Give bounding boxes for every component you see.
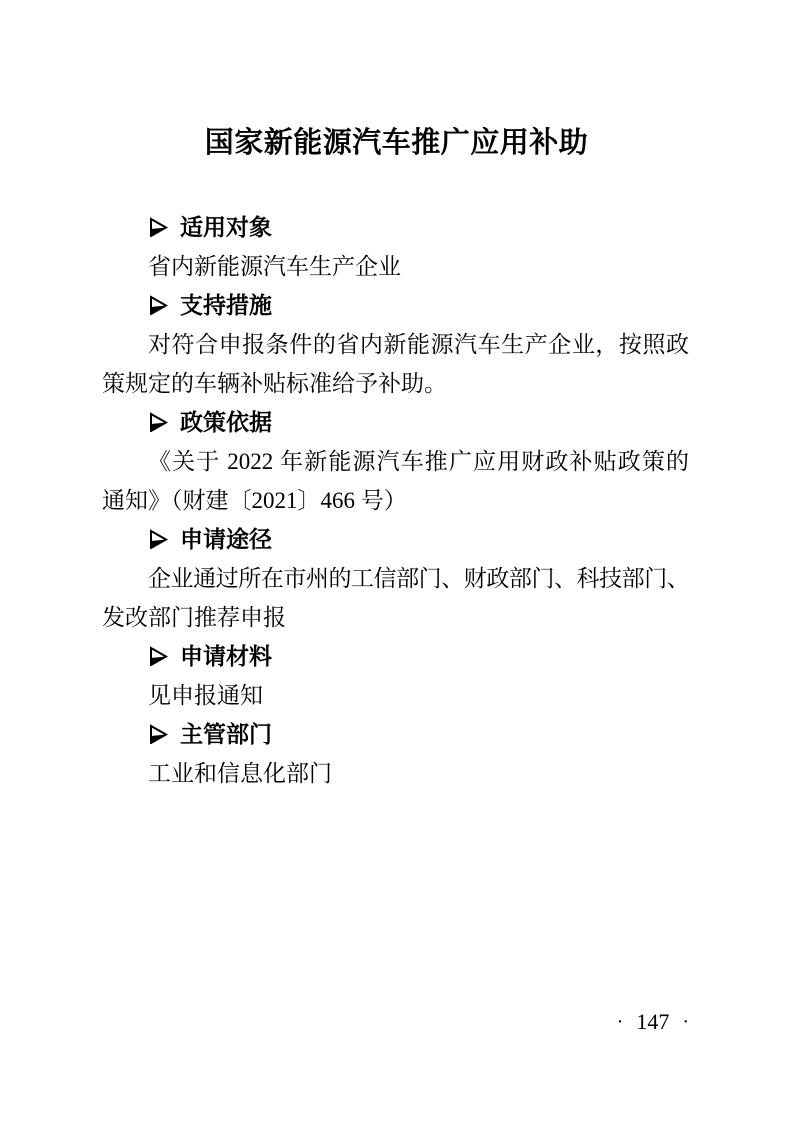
body-text-line: 《关于 2022 年新能源汽车推广应用财政补贴政策的 (102, 442, 689, 481)
arrow-bullet-icon (148, 217, 168, 237)
arrow-bullet-icon (148, 295, 168, 315)
section-heading-application-materials: 申请材料 (102, 637, 689, 676)
body-text-line: 通知》（财建〔2021〕466 号） (102, 481, 689, 520)
document-title: 国家新能源汽车推广应用补助 (0, 122, 793, 164)
document-body: 适用对象 省内新能源汽车生产企业 支持措施 对符合申报条件的省内新能源汽车生产企… (102, 208, 689, 793)
section-heading-label: 申请途径 (180, 526, 272, 552)
body-text-line: 策规定的车辆补贴标准给予补助。 (102, 364, 689, 403)
body-text-line: 见申报通知 (102, 676, 689, 715)
arrow-bullet-icon (148, 646, 168, 666)
footer-right-dot: · (682, 1007, 689, 1037)
page-number: 147 (636, 1007, 669, 1037)
arrow-bullet-icon (148, 724, 168, 744)
section-heading-support-measures: 支持措施 (102, 286, 689, 325)
arrow-bullet-icon (148, 529, 168, 549)
document-page: 国家新能源汽车推广应用补助 适用对象 省内新能源汽车生产企业 支持措施 对符合申… (0, 0, 793, 1122)
body-text-line: 对符合申报条件的省内新能源汽车生产企业，按照政 (102, 325, 689, 364)
arrow-bullet-icon (148, 412, 168, 432)
body-text-line: 企业通过所在市州的工信部门、财政部门、科技部门、 (102, 559, 689, 598)
section-heading-label: 适用对象 (180, 214, 272, 240)
section-heading-policy-basis: 政策依据 (102, 403, 689, 442)
page-footer: · 147 · (617, 1007, 689, 1037)
body-text-line: 发改部门推荐申报 (102, 598, 689, 637)
section-heading-application-route: 申请途径 (102, 520, 689, 559)
section-heading-label: 主管部门 (180, 721, 272, 747)
footer-left-dot: · (617, 1007, 624, 1037)
section-heading-competent-department: 主管部门 (102, 715, 689, 754)
section-heading-label: 支持措施 (180, 292, 272, 318)
section-heading-label: 申请材料 (180, 643, 272, 669)
body-text-line: 省内新能源汽车生产企业 (102, 247, 689, 286)
section-heading-applicable-objects: 适用对象 (102, 208, 689, 247)
section-heading-label: 政策依据 (180, 409, 272, 435)
body-text-line: 工业和信息化部门 (102, 754, 689, 793)
